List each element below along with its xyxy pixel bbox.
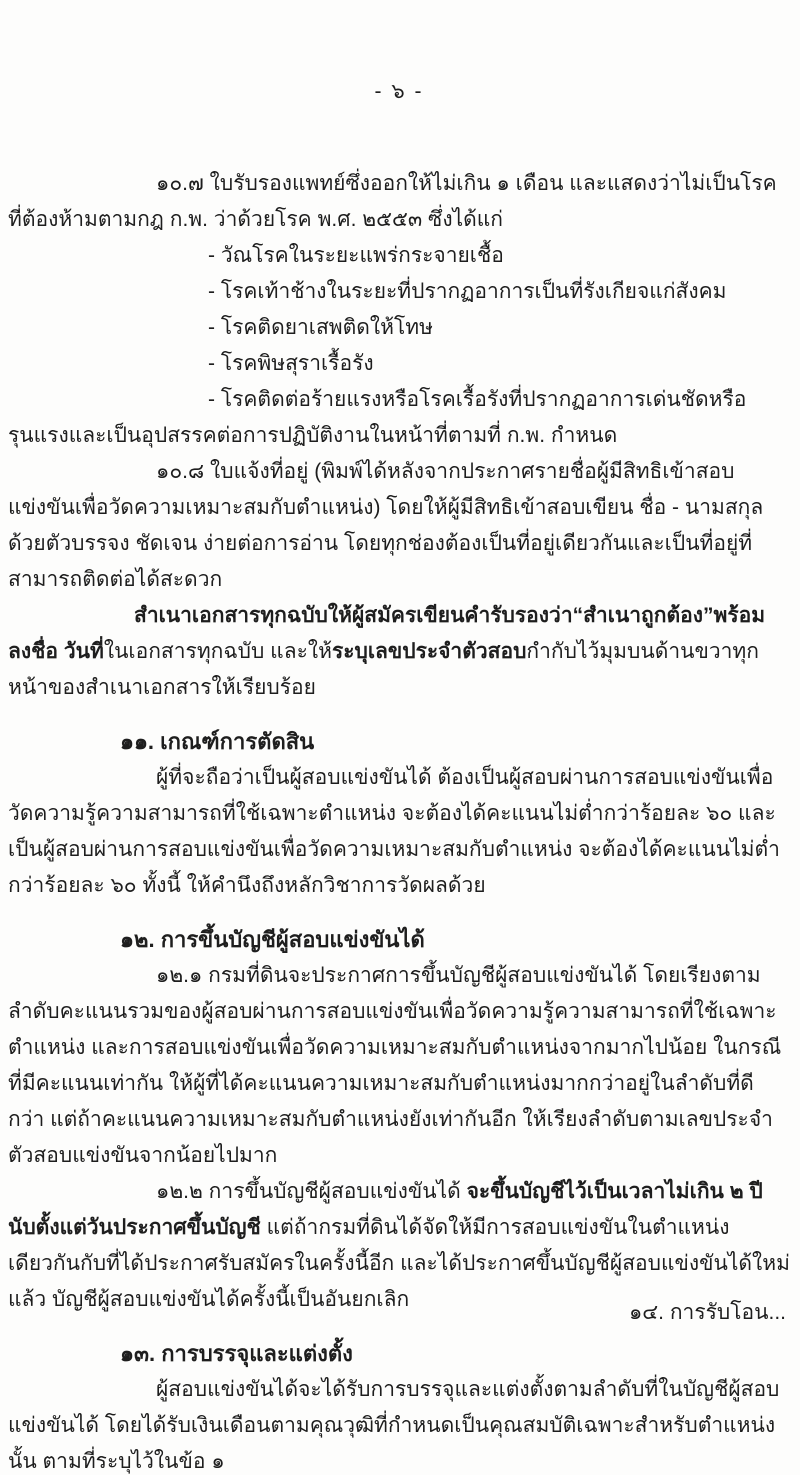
certified-copy-note-run-3: ระบุเลขประจำตัวสอบ [332,640,526,663]
section-13-paragraph: ผู้สอบแข่งขันได้จะได้รับการบรรจุและแต่งต… [8,1372,790,1475]
disease-list-item-tuberculosis: - วัณโรคในระยะแพร่กระจายเชื้อ [8,238,790,274]
disease-list-item-alcoholism: - โรคพิษสุราเรื้อรัง [8,346,790,382]
section-13-heading-appointment: ๑๓. การบรรจุและแต่งตั้ง [8,1336,790,1372]
continuation-note: ๑๔. การรับโอน... [629,1295,786,1331]
disease-list-item-severe-contagious: - โรคติดต่อร้ายแรงหรือโรคเรื้อรังที่ปราก… [8,382,790,454]
paragraph-12-2-run-1: ๑๒.๒ การขึ้นบัญชีผู้สอบแข่งขันได้ [156,1180,467,1203]
section-12-heading-eligible-list: ๑๒. การขึ้นบัญชีผู้สอบแข่งขันได้ [8,922,790,958]
document-page: - ๖ - ๑๐.๗ ใบรับรองแพทย์ซึ่งออกให้ไม่เกิ… [0,0,800,1475]
disease-list-item-drug-addiction: - โรคติดยาเสพติดให้โทษ [8,310,790,346]
disease-list-item-elephantiasis: - โรคเท้าช้างในระยะที่ปรากฏอาการเป็นที่ร… [8,274,790,310]
paragraph-12-1-ranking-rules: ๑๒.๑ กรมที่ดินจะประกาศการขึ้นบัญชีผู้สอบ… [8,958,790,1174]
section-11-paragraph: ผู้ที่จะถือว่าเป็นผู้สอบแข่งขันได้ ต้องเ… [8,760,790,904]
certified-copy-note: สำเนาเอกสารทุกฉบับให้ผู้สมัครเขียนคำรับร… [8,598,790,706]
page-number: - ๖ - [8,74,790,110]
section-11-heading-judging-criteria: ๑๑. เกณฑ์การตัดสิน [8,724,790,760]
paragraph-10-7-medical-certificate: ๑๐.๗ ใบรับรองแพทย์ซึ่งออกให้ไม่เกิน ๑ เด… [8,166,790,238]
paragraph-10-8-address-form: ๑๐.๘ ใบแจ้งที่อยู่ (พิมพ์ได้หลังจากประกา… [8,454,790,598]
certified-copy-note-run-2: ในเอกสารทุกฉบับ และให้ [104,640,332,663]
